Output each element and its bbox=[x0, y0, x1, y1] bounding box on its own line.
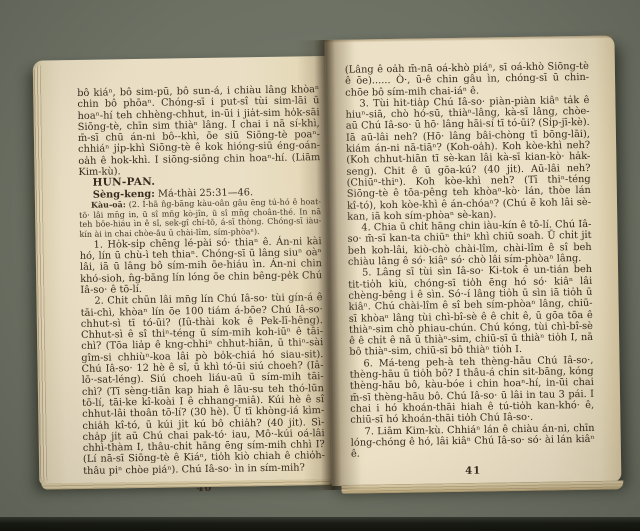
paragraph: 1. Ho̍k-si̍p chēng lé-pài só· thiaⁿ ê. Á… bbox=[80, 236, 323, 296]
right-page-text: (Lâng ê oa̍h m̄-nā oá-khò piáⁿ, sī oá-kh… bbox=[345, 61, 595, 479]
left-page-text: bô kiáⁿ, bô sim-pū, bô sun-á, i chiàu lâ… bbox=[77, 84, 325, 496]
paragraph: bô kiáⁿ, bô sim-pū, bô sun-á, i chiàu lâ… bbox=[77, 84, 320, 178]
paragraph: 5. Lâng sī tùi sìn Iâ-so· Ki-tok ê un-ti… bbox=[348, 264, 593, 358]
page-number-right: 41 bbox=[351, 464, 595, 479]
right-page: (Lâng ê oa̍h m̄-nā oá-khò piáⁿ, sī oá-kh… bbox=[324, 36, 621, 487]
paragraph: 6. Má-teng peh-à teh thèng-hāu Chú Iâ-so… bbox=[349, 355, 594, 427]
page-number-left: 40 bbox=[83, 481, 325, 496]
photo-bottom-edge bbox=[0, 517, 640, 531]
open-book: bô kiáⁿ, bô sim-pū, bô sun-á, i chiàu lâ… bbox=[30, 35, 629, 500]
note-label: Kàu-oā: bbox=[91, 199, 126, 210]
teaching-note: Kàu-oā: (2. Í-hā n̂g-bāng kàu-oân gâu ēn… bbox=[79, 197, 322, 240]
left-page: bô kiáⁿ, bô sim-pū, bô sun-á, i chiàu lâ… bbox=[33, 56, 332, 485]
paragraph: 7. Liām Kim-kù. Chhiáⁿ lán ê chiàu án-ni… bbox=[350, 422, 595, 460]
paragraph: 4. Chia ū chi̍t hāng chin iàu-kín ê tō-l… bbox=[347, 219, 592, 268]
paragraph: 2. Chit chūn lâi mn̄g lín Chú Iâ-so· tùi… bbox=[80, 292, 325, 477]
paragraph: (Lâng ê oa̍h m̄-nā oá-khò piáⁿ, sī oá-kh… bbox=[345, 61, 590, 99]
paragraph: 3. Tùi hit-tia̍p Chú Iâ-so· piàn-piàn ki… bbox=[345, 95, 591, 223]
photo-scene: bô kiáⁿ, bô sim-pū, bô sun-á, i chiàu lâ… bbox=[0, 0, 640, 531]
